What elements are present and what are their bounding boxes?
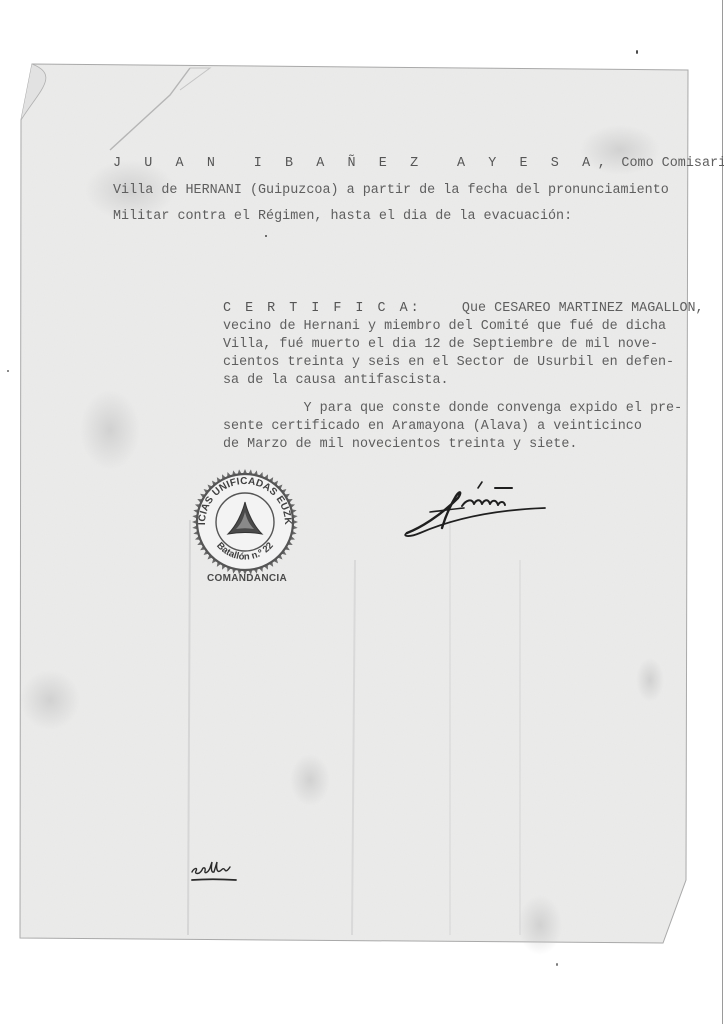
- speck: [556, 963, 558, 966]
- signature: Ayesa: [400, 478, 560, 538]
- closing-line-2: sente certificado en Aramayona (Alava) a…: [223, 419, 642, 434]
- header-line-2: Villa de HERNANI (Guipuzcoa) a partir de…: [113, 183, 669, 198]
- closing-line-1: Y para que conste donde convenga expido …: [223, 401, 682, 416]
- speck: [636, 50, 638, 54]
- cert-line-2: vecino de Hernani y miembro del Comité q…: [223, 319, 666, 334]
- cert-line-1: Que CESAREO MARTINEZ MAGALLON,: [422, 301, 704, 316]
- header-line-1: Como Comisario de Guerra de la: [613, 156, 724, 171]
- issuer-name: J U A N I B A Ñ E Z A Y E S A,: [113, 156, 613, 171]
- closing-paragraph: Y para que conste donde convenga expido …: [223, 400, 682, 454]
- cert-line-3: Villa, fué muerto el dia 12 de Septiembr…: [223, 337, 658, 352]
- header-line-3: Militar contra el Régimen, hasta el dia …: [113, 209, 572, 224]
- cert-line-4: cientos treinta y seis en el Sector de U…: [223, 355, 674, 370]
- closing-line-3: de Marzo de mil novecientos treinta y si…: [223, 437, 577, 452]
- speck: [7, 370, 9, 372]
- cert-line-5: sa de la causa antifascista.: [223, 373, 449, 388]
- speck: [265, 235, 267, 237]
- document-page: J U A N I B A Ñ E Z A Y E S A, Como Comi…: [0, 0, 724, 1024]
- certifica-label: C E R T I F I C A:: [223, 301, 422, 316]
- header-paragraph: J U A N I B A Ñ E Z A Y E S A, Como Comi…: [113, 151, 724, 231]
- seal-caption: COMANDANCIA: [207, 573, 287, 584]
- certification-paragraph: C E R T I F I C A: Que CESAREO MARTINEZ …: [223, 300, 704, 390]
- official-seal: MILICIAS UNIFICADAS EUZKADI Batallón n.º…: [188, 466, 302, 578]
- handwritten-annotation: sello: [190, 858, 260, 888]
